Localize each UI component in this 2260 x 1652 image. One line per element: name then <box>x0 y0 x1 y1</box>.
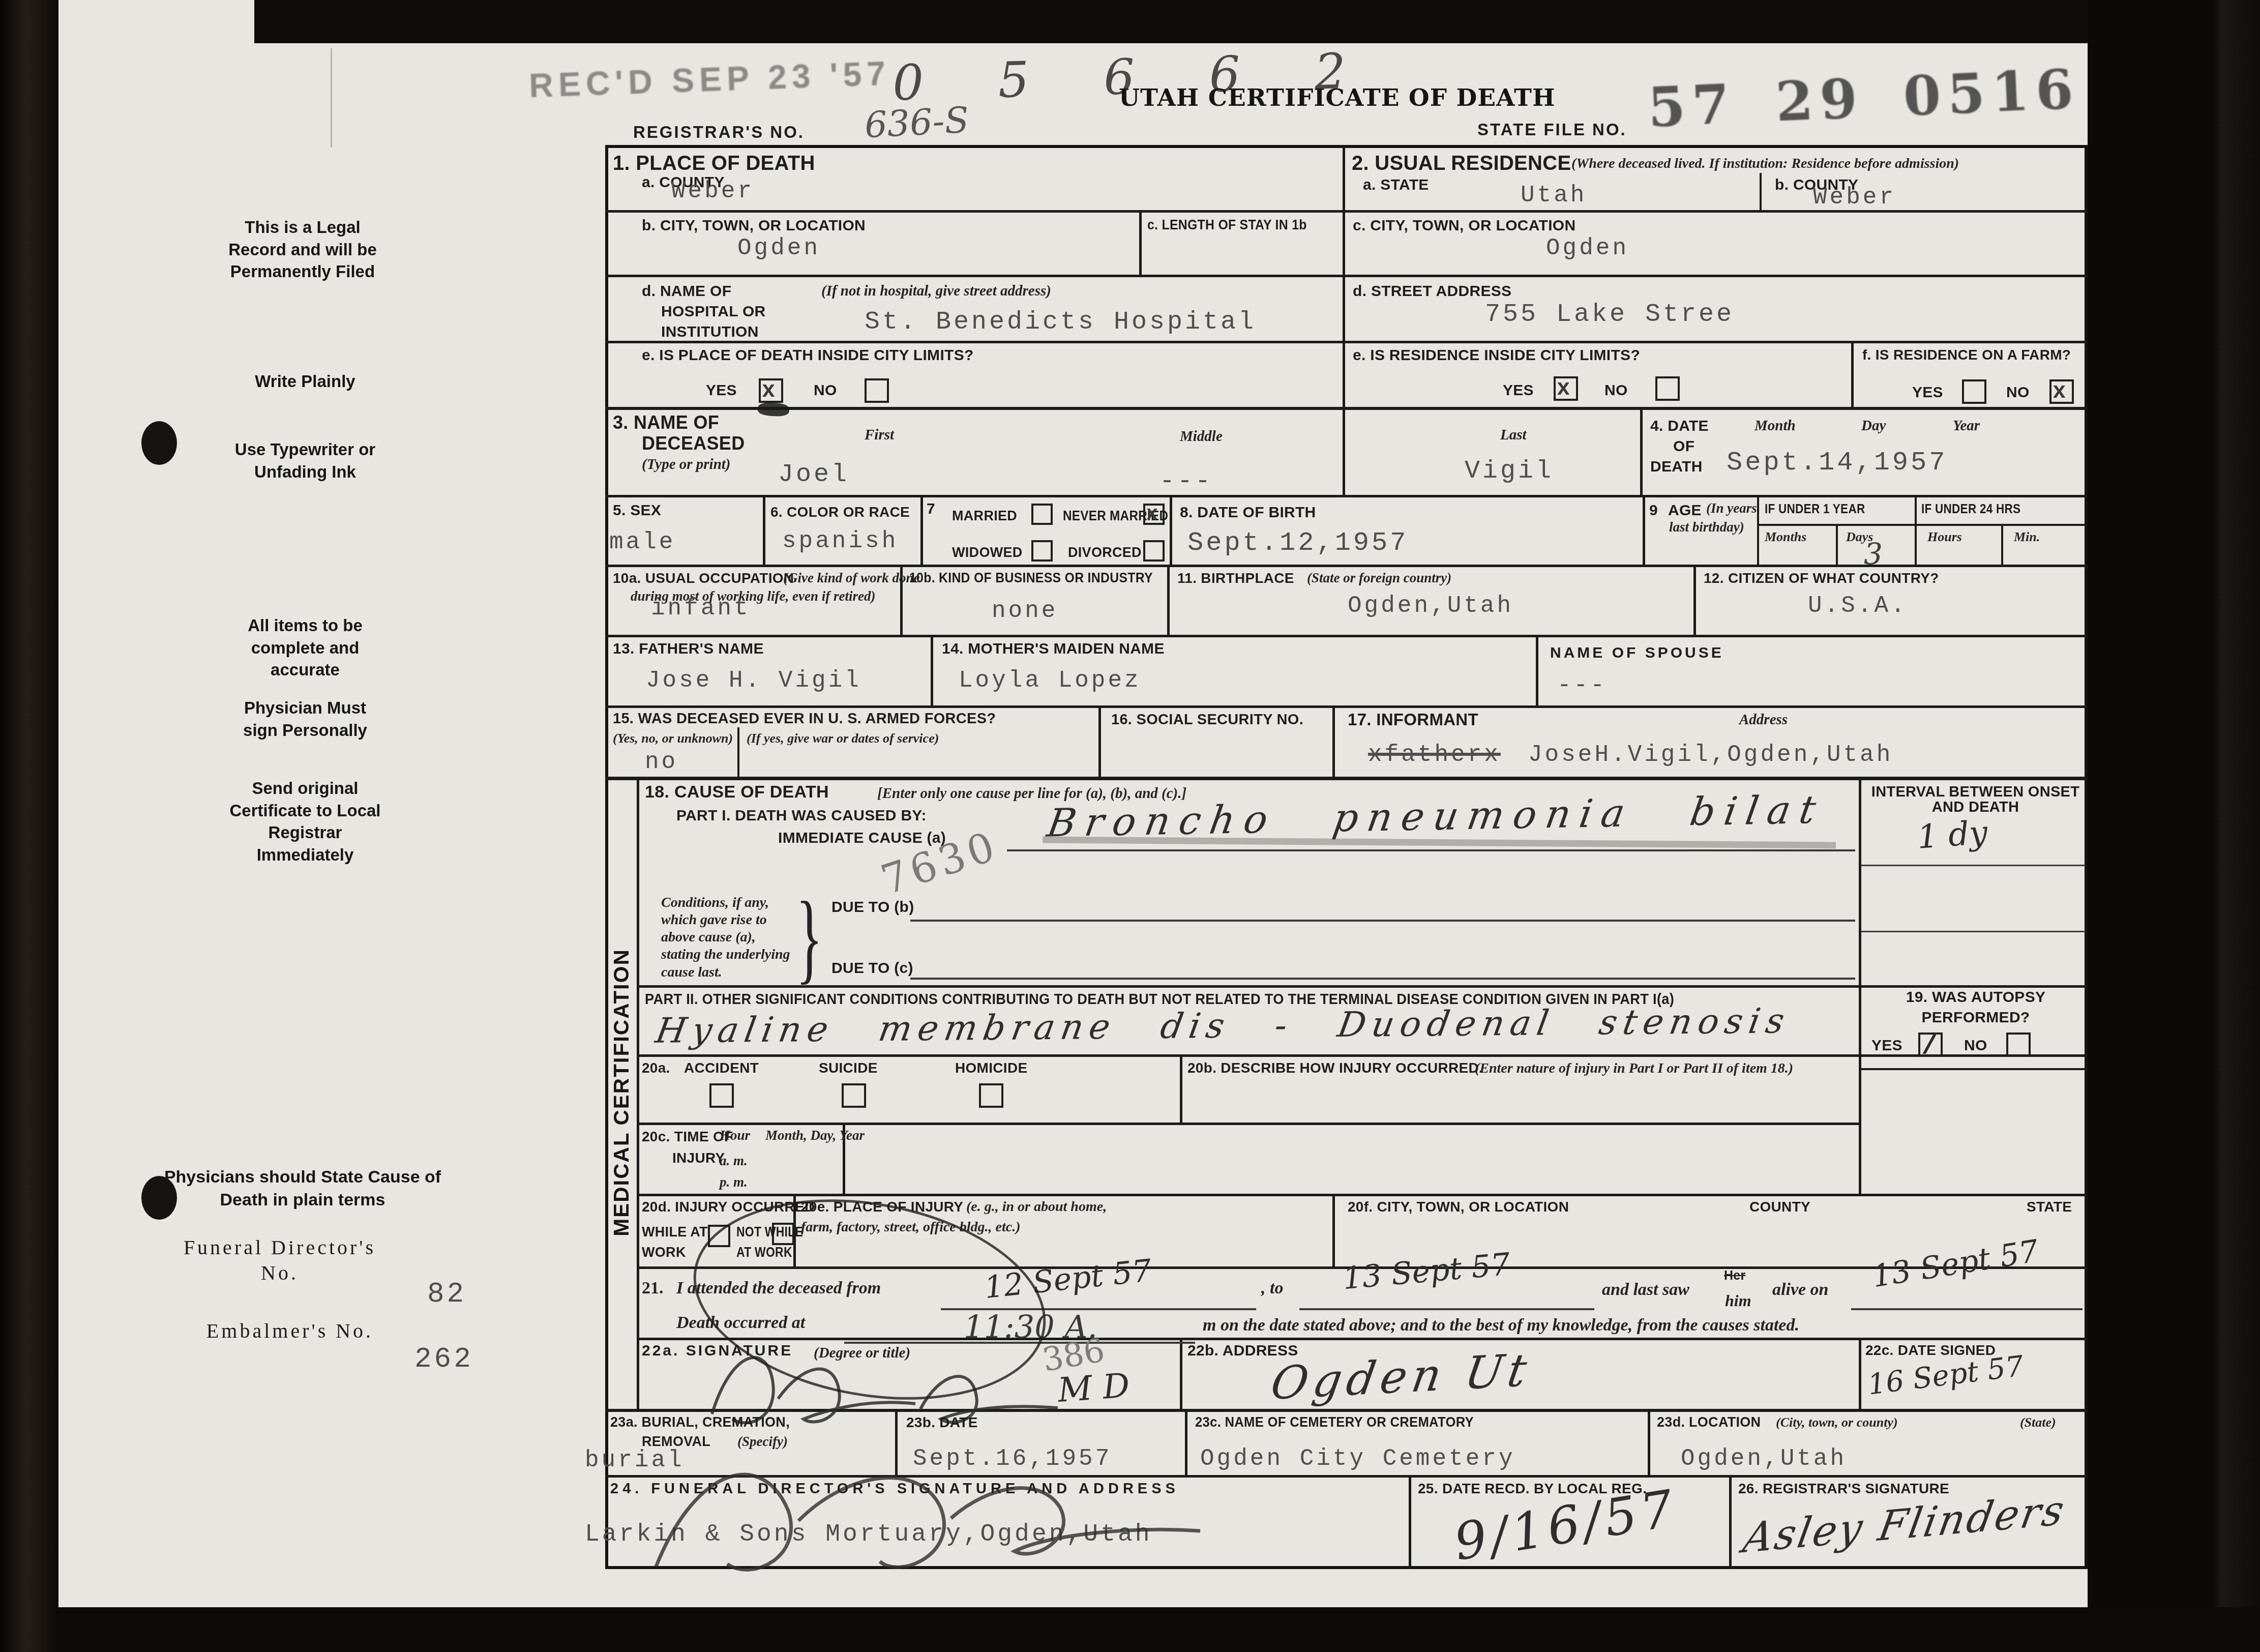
scan-right-edge <box>2088 0 2260 1652</box>
age-label: AGE <box>1668 503 1702 519</box>
sidebar-physician-sign-note: Physician Must sign Personally <box>226 697 384 741</box>
grid-line <box>605 341 2088 343</box>
attended-row-number: 21. <box>642 1279 664 1298</box>
injury-county-label: COUNTY <box>1749 1199 1810 1214</box>
last-name-value: Vigil <box>1465 457 1554 486</box>
mothers-maiden-name-label: 14. MOTHER'S MAIDEN NAME <box>942 641 1165 657</box>
place-of-death-header: 1. PLACE OF DEATH <box>613 153 815 174</box>
hospital-label: INSTITUTION <box>661 324 759 340</box>
month-label: Month <box>1755 418 1796 434</box>
am-label: a. m. <box>720 1154 748 1168</box>
funeral-director-no-value: 82 <box>427 1278 466 1310</box>
grid-line <box>637 1123 1859 1125</box>
hours-label: Hours <box>1927 530 1962 544</box>
checkbox-mark: x <box>762 378 775 404</box>
hospital-note: (If not in hospital, give street address… <box>821 283 1051 299</box>
state-value: Utah <box>1521 182 1587 209</box>
grid-line <box>1343 145 1345 495</box>
date-of-death-label: DEATH <box>1650 459 1703 475</box>
date-of-death-label: 4. DATE <box>1650 418 1709 434</box>
part1-label: PART I. DEATH WAS CAUSED BY: <box>676 808 927 824</box>
burial-date-label: 23b. DATE <box>906 1415 978 1430</box>
brace-glyph: } <box>796 882 823 992</box>
last-name-label: Last <box>1500 427 1527 443</box>
grid-line <box>931 635 933 705</box>
kind-of-business-value: none <box>992 598 1058 624</box>
usual-residence-header: 2. USUAL RESIDENCE <box>1352 153 1571 174</box>
grid-line <box>605 407 2088 410</box>
marital-status-number: 7 <box>927 501 935 517</box>
scan-top-edge <box>254 0 2260 43</box>
injury-city-label: 20f. CITY, TOWN, OR LOCATION <box>1348 1199 1569 1214</box>
while-at-work-label: WHILE AT <box>642 1225 708 1239</box>
birthplace-value: Ogden,Utah <box>1348 593 1513 619</box>
sex-value: male <box>609 529 675 555</box>
place-of-injury-note: (e. g., in or about home, <box>966 1199 1107 1215</box>
widowed-label: WIDOWED <box>952 545 1023 559</box>
date-of-birth-value: Sept.12,1957 <box>1187 528 1408 558</box>
name-of-deceased-label: DECEASED <box>642 434 745 453</box>
cemetery-value: Ogden City Cemetery <box>1200 1445 1515 1472</box>
street-address-label: d. STREET ADDRESS <box>1353 283 1511 300</box>
location-note: (City, town, or county) <box>1776 1415 1898 1430</box>
grid-line <box>1536 635 1538 705</box>
homicide-checkbox <box>979 1083 1003 1108</box>
accident-checkbox <box>709 1083 734 1108</box>
married-label: MARRIED <box>952 509 1017 523</box>
grid-line <box>1693 565 1696 635</box>
divorced-checkbox <box>1143 540 1165 562</box>
checkbox-mark: x <box>2053 379 2066 405</box>
place-city-limits-label: e. IS PLACE OF DEATH INSIDE CITY LIMITS? <box>642 347 974 364</box>
sidebar-all-items-note: All items to be complete and accurate <box>219 614 392 681</box>
writing-line <box>910 978 1855 980</box>
color-or-race-label: 6. COLOR OR RACE <box>770 505 910 519</box>
grid-line <box>1915 495 1917 565</box>
book-binding-edge <box>0 0 58 1652</box>
fathers-name-value: Jose H. Vigil <box>646 667 861 694</box>
sidebar-write-plainly-note: Write Plainly <box>203 370 407 393</box>
if-under-1-year-label: IF UNDER 1 YEAR <box>1765 503 1865 516</box>
writing-line <box>1861 931 2085 932</box>
grid-line <box>637 1054 2088 1057</box>
accident-label: ACCIDENT <box>684 1060 759 1075</box>
due-to-b-label: DUE TO (b) <box>831 899 914 916</box>
injury-state-label: STATE <box>2027 1199 2072 1214</box>
divorced-label: DIVORCED <box>1068 545 1142 559</box>
grid-line <box>1640 407 1643 495</box>
burial-cremation-label: 23a. BURIAL, CREMATION, <box>610 1415 790 1429</box>
punch-hole <box>141 421 177 465</box>
cemetery-label: 23c. NAME OF CEMETERY OR CREMATORY <box>1195 1415 1474 1429</box>
due-to-c-label: DUE TO (c) <box>831 960 913 977</box>
time-of-injury-label: INJURY <box>672 1150 725 1165</box>
yes-label: YES <box>1871 1038 1902 1054</box>
writing-line <box>1299 1308 1594 1310</box>
medical-certification-label: MEDICAL CERTIFICATION <box>609 949 634 1236</box>
residence-city-limits-no-checkbox <box>1655 376 1680 401</box>
no-label: NO <box>1964 1038 1987 1054</box>
grid-line <box>1859 777 1861 1194</box>
suicide-checkbox <box>842 1083 866 1108</box>
sidebar-legal-record-note: This is a Legal Record and will be Perma… <box>219 216 386 283</box>
location-label: 23d. LOCATION <box>1657 1415 1761 1429</box>
hospital-label: HOSPITAL OR <box>661 304 766 320</box>
grid-line <box>1836 524 1838 565</box>
grid-line <box>1180 1338 1182 1409</box>
hospital-value: St. Benedicts Hospital <box>865 308 1256 337</box>
residence-farm-no-checkbox: x <box>2049 379 2074 404</box>
name-of-spouse-label: NAME OF SPOUSE <box>1550 645 1724 661</box>
writing-line <box>910 920 1855 922</box>
location-value: Ogden,Utah <box>1681 1445 1847 1472</box>
months-label: Months <box>1765 530 1806 544</box>
residence-city-label: c. CITY, TOWN, OR LOCATION <box>1353 218 1575 234</box>
funeral-director-no-label: Funeral Director's No. <box>178 1235 381 1286</box>
conditions-note: Conditions, if any, which gave rise to a… <box>661 894 796 981</box>
accident-row-number: 20a. <box>642 1060 670 1075</box>
informant-address-label: Address <box>1739 712 1788 728</box>
funeral-director-signature <box>636 1444 1221 1587</box>
cause-of-death-label: 18. CAUSE OF DEATH <box>645 783 829 802</box>
informant-struck-value: xfatherx <box>1368 742 1501 768</box>
grid-line <box>1648 1409 1650 1475</box>
registrar-no-value: 636-S <box>864 99 970 146</box>
paper-crease <box>331 48 332 147</box>
age-label: 9 <box>1649 503 1658 519</box>
autopsy-no-checkbox <box>2006 1032 2031 1057</box>
state-file-no-label: STATE FILE NO. <box>1477 121 1627 139</box>
checkbox-mark: x <box>1557 376 1570 402</box>
state-label: a. STATE <box>1363 177 1429 193</box>
age-note: (In years <box>1706 501 1757 516</box>
mothers-maiden-name-value: Loyla Lopez <box>959 667 1141 694</box>
grid-line <box>2001 524 2003 565</box>
grid-line <box>1643 495 1645 565</box>
day-label: Day <box>1861 418 1886 434</box>
usual-residence-note: (Where deceased lived. If institution: R… <box>1571 156 1959 171</box>
death-certificate-scan: This is a Legal Record and will be Perma… <box>0 0 2260 1652</box>
sidebar-send-original-note: Send original Certificate to Local Regis… <box>221 777 389 866</box>
grid-line <box>763 495 765 565</box>
residence-county-value: Weber <box>1813 184 1896 211</box>
first-name-value: Joel <box>778 460 849 489</box>
date-of-death-label: OF <box>1673 438 1694 455</box>
month-day-year-label: Month, Day, Year <box>765 1128 865 1143</box>
informant-label: 17. INFORMANT <box>1348 711 1478 729</box>
state-note: (State) <box>2020 1415 2056 1430</box>
name-of-spouse-value: --- <box>1557 672 1607 699</box>
her-struck-label: Her <box>1724 1269 1746 1282</box>
armed-forces-label: 15. WAS DECEASED EVER IN U. S. ARMED FOR… <box>613 711 996 726</box>
interval-label: INTERVAL BETWEEN ONSET AND DEATH <box>1867 784 2084 815</box>
armed-forces-note: (If yes, give war or dates of service) <box>747 731 939 746</box>
describe-injury-note: (Enter nature of injury in Part I or Par… <box>1475 1061 1793 1076</box>
residence-farm-label: f. IS RESIDENCE ON A FARM? <box>1862 347 2071 362</box>
usual-occupation-label: 10a. USUAL OCCUPATION <box>613 571 794 585</box>
birthplace-note: (State or foreign country) <box>1307 571 1451 585</box>
autopsy-label: PERFORMED? <box>1892 1010 2060 1026</box>
autopsy-yes-checkbox: / <box>1918 1032 1943 1057</box>
residence-city-limits-label: e. IS RESIDENCE INSIDE CITY LIMITS? <box>1353 347 1640 364</box>
middle-name-label: Middle <box>1180 429 1223 445</box>
grid-line <box>1760 173 1762 210</box>
grid-line <box>637 985 2088 988</box>
checkbox-mark: / <box>1921 1029 1939 1062</box>
widowed-checkbox <box>1031 540 1053 562</box>
grid-line <box>1859 1068 2088 1070</box>
fathers-name-label: 13. FATHER'S NAME <box>613 641 764 657</box>
no-label: NO <box>1604 382 1628 399</box>
no-label: NO <box>2006 385 2030 401</box>
usual-occupation-value: infant <box>651 595 751 622</box>
date-stated-text: m on the date stated above; and to the b… <box>1203 1316 1799 1335</box>
suicide-label: SUICIDE <box>819 1060 878 1075</box>
pm-label: p. m. <box>720 1175 748 1190</box>
street-address-value: 755 Lake Stree <box>1485 300 1734 329</box>
grid-line <box>737 727 739 777</box>
armed-forces-value: no <box>645 749 678 775</box>
county-value: Weber <box>671 178 754 204</box>
grid-line <box>920 495 923 565</box>
registrar-no-label: REGISTRAR'S NO. <box>633 124 805 141</box>
name-of-deceased-label: 3. NAME OF <box>613 413 719 432</box>
age-note: last birthday) <box>1669 520 1744 535</box>
never-married-checkbox: x <box>1143 504 1165 525</box>
grid-line <box>605 495 2088 497</box>
autopsy-label: 19. WAS AUTOPSY <box>1879 989 2072 1006</box>
grid-line <box>1757 524 2088 526</box>
grid-line <box>1332 705 1335 777</box>
grid-line <box>637 777 639 1409</box>
grid-line <box>605 705 2088 708</box>
checkbox-mark: x <box>1146 504 1158 525</box>
scan-bottom-edge <box>58 1607 2260 1652</box>
grid-line <box>1757 495 1759 565</box>
length-of-stay-label: c. LENGTH OF STAY IN 1b <box>1147 218 1307 232</box>
sidebar-physicians-should-note: Physicians should State Cause of Death i… <box>158 1166 448 1212</box>
sidebar-use-typewriter-note: Use Typewriter or Unfading Ink <box>198 438 412 483</box>
grid-line <box>1139 210 1142 275</box>
yes-label: YES <box>1912 385 1943 401</box>
residence-city-limits-yes-checkbox: x <box>1554 376 1578 401</box>
homicide-label: HOMICIDE <box>955 1060 1027 1075</box>
grid-line <box>1729 1475 1732 1569</box>
handwritten-age-days: 3 <box>1864 537 1883 571</box>
last-saw-text: and last saw <box>1602 1281 1689 1300</box>
alive-on-text: alive on <box>1772 1281 1828 1300</box>
him-label: him <box>1725 1292 1751 1310</box>
residence-city-value: Ogden <box>1546 235 1629 261</box>
grid-line <box>1851 341 1854 407</box>
color-or-race-value: spanish <box>782 528 898 554</box>
embalmer-no-value: 262 <box>414 1343 473 1375</box>
attended-to-text: , to <box>1261 1279 1283 1298</box>
min-label: Min. <box>2014 530 2040 544</box>
middle-name-value: --- <box>1159 467 1213 496</box>
hospital-label: d. NAME OF <box>642 283 731 300</box>
social-security-label: 16. SOCIAL SECURITY NO. <box>1111 712 1303 727</box>
yes-label: YES <box>1503 382 1534 399</box>
describe-injury-label: 20b. DESCRIBE HOW INJURY OCCURRED. <box>1187 1060 1483 1075</box>
place-city-limits-no-checkbox <box>865 378 889 403</box>
date-of-death-value: Sept.14,1957 <box>1727 448 1947 478</box>
handwritten-interval: 1 dy <box>1916 814 1989 856</box>
while-at-work-label: WORK <box>642 1245 686 1259</box>
if-under-24-hrs-label: IF UNDER 24 HRS <box>1921 503 2020 516</box>
grid-line <box>605 635 2088 637</box>
grid-line <box>1180 1054 1182 1123</box>
certificate-title: UTAH CERTIFICATE OF DEATH <box>1119 84 1555 112</box>
kind-of-business-label: 10b. KIND OF BUSINESS OR INDUSTRY <box>909 571 1153 585</box>
grid-line <box>1098 705 1101 777</box>
writing-line <box>1851 1308 2083 1310</box>
city-value: Ogden <box>737 235 820 261</box>
hour-label: Hour <box>720 1128 750 1143</box>
citizen-label: 12. CITIZEN OF WHAT COUNTRY? <box>1704 571 1939 585</box>
writing-line <box>1861 865 2085 866</box>
yes-label: YES <box>706 382 737 399</box>
place-city-limits-yes-checkbox: x <box>759 378 783 403</box>
city-label: b. CITY, TOWN, OR LOCATION <box>642 218 866 234</box>
grid-line <box>1409 1475 1411 1569</box>
informant-value: JoseH.Vigil,Ogden,Utah <box>1528 742 1893 768</box>
grid-line <box>637 1194 2088 1196</box>
signature-degree-md: M D <box>1056 1366 1131 1410</box>
year-label: Year <box>1953 418 1980 434</box>
residence-farm-yes-checkbox <box>1962 379 1986 404</box>
grid-line <box>605 275 2088 277</box>
type-or-print-note: (Type or print) <box>642 457 731 473</box>
citizen-value: U.S.A. <box>1808 593 1908 619</box>
birthplace-label: 11. BIRTHPLACE <box>1177 571 1294 585</box>
grid-line <box>605 777 2088 780</box>
usual-occupation-note: (Give kind of work done <box>783 571 919 585</box>
date-of-birth-label: 8. DATE OF BIRTH <box>1180 505 1316 521</box>
married-checkbox <box>1031 504 1053 525</box>
writing-line <box>1007 849 1855 851</box>
registrar-signature-label: 26. REGISTRAR'S SIGNATURE <box>1738 1481 1949 1496</box>
first-name-label: First <box>865 427 894 443</box>
grid-line <box>1859 1338 1861 1409</box>
sex-label: 5. SEX <box>613 503 661 519</box>
grid-line <box>1332 1194 1335 1266</box>
armed-forces-note: (Yes, no, or unknown) <box>613 731 733 746</box>
embalmer-no-label: Embalmer's No. <box>168 1318 412 1344</box>
grid-line <box>1167 565 1170 635</box>
grid-line <box>1170 495 1172 565</box>
no-label: NO <box>814 382 837 399</box>
